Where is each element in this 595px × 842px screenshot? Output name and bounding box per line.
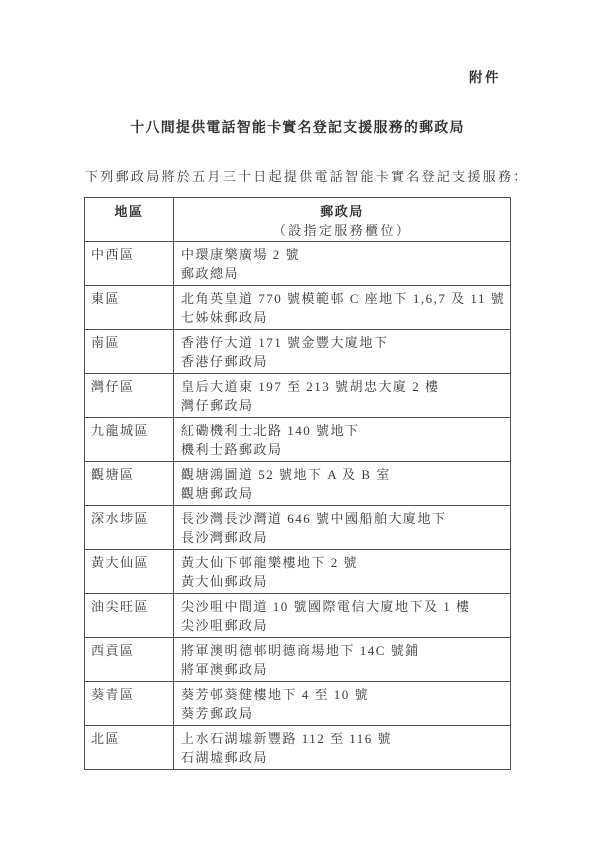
table-row: 東區 北角英皇道 770 號模範邨 C 座地下 1,6,7 及 11 號 七姊妹… [85, 286, 511, 330]
post-office-address: 中環康樂廣場 2 號 [181, 245, 506, 264]
post-office-address: 葵芳邨葵健樓地下 4 至 10 號 [181, 685, 506, 704]
post-office-header-title: 郵政局 [175, 202, 509, 221]
post-office-column-header: 郵政局 （設指定服務櫃位） [174, 198, 511, 242]
district-cell: 深水埗區 [85, 506, 174, 550]
post-office-table: 地區 郵政局 （設指定服務櫃位） 中西區 中環康樂廣場 2 號 郵政總局 東區 … [84, 197, 511, 770]
post-office-cell: 皇后大道東 197 至 213 號胡忠大廈 2 樓 灣仔郵政局 [174, 374, 511, 418]
post-office-address: 長沙灣長沙灣道 646 號中國船舶大廈地下 [181, 509, 506, 528]
district-cell: 觀塘區 [85, 462, 174, 506]
district-cell: 油尖旺區 [85, 594, 174, 638]
table-row: 北區 上水石湖墟新豐路 112 至 116 號 石湖墟郵政局 [85, 726, 511, 770]
table-header: 地區 郵政局 （設指定服務櫃位） [85, 198, 511, 242]
post-office-cell: 香港仔大道 171 號金豐大廈地下 香港仔郵政局 [174, 330, 511, 374]
table-row: 西貢區 將軍澳明德邨明德商場地下 14C 號鋪 將軍澳郵政局 [85, 638, 511, 682]
post-office-cell: 觀塘鴻圖道 52 號地下 A 及 B 室 觀塘郵政局 [174, 462, 511, 506]
post-office-address: 紅磡機利士北路 140 號地下 [181, 421, 506, 440]
post-office-address: 北角英皇道 770 號模範邨 C 座地下 1,6,7 及 11 號 [181, 289, 506, 308]
document-page: 附件 十八間提供電話智能卡實名登記支援服務的郵政局 下列郵政局將於五月三十日起提… [0, 0, 595, 842]
post-office-cell: 北角英皇道 770 號模範邨 C 座地下 1,6,7 及 11 號 七姊妹郵政局 [174, 286, 511, 330]
page-title: 十八間提供電話智能卡實名登記支援服務的郵政局 [0, 117, 595, 137]
table-header-row: 地區 郵政局 （設指定服務櫃位） [85, 198, 511, 242]
district-cell: 東區 [85, 286, 174, 330]
post-office-cell: 中環康樂廣場 2 號 郵政總局 [174, 242, 511, 286]
post-office-address: 觀塘鴻圖道 52 號地下 A 及 B 室 [181, 465, 506, 484]
post-office-address: 黃大仙下邨龍樂樓地下 2 號 [181, 553, 506, 572]
post-office-name: 郵政總局 [181, 264, 506, 283]
table-row: 葵青區 葵芳邨葵健樓地下 4 至 10 號 葵芳郵政局 [85, 682, 511, 726]
post-office-name: 香港仔郵政局 [181, 352, 506, 371]
post-office-address: 上水石湖墟新豐路 112 至 116 號 [181, 729, 506, 748]
district-cell: 北區 [85, 726, 174, 770]
table-row: 觀塘區 觀塘鴻圖道 52 號地下 A 及 B 室 觀塘郵政局 [85, 462, 511, 506]
post-office-name: 石湖墟郵政局 [181, 748, 506, 767]
table-row: 中西區 中環康樂廣場 2 號 郵政總局 [85, 242, 511, 286]
district-cell: 灣仔區 [85, 374, 174, 418]
post-office-name: 將軍澳郵政局 [181, 660, 506, 679]
post-office-cell: 黃大仙下邨龍樂樓地下 2 號 黃大仙郵政局 [174, 550, 511, 594]
district-cell: 中西區 [85, 242, 174, 286]
table-row: 黃大仙區 黃大仙下邨龍樂樓地下 2 號 黃大仙郵政局 [85, 550, 511, 594]
district-cell: 黃大仙區 [85, 550, 174, 594]
post-office-name: 機利士路郵政局 [181, 440, 506, 459]
table-row: 深水埗區 長沙灣長沙灣道 646 號中國船舶大廈地下 長沙灣郵政局 [85, 506, 511, 550]
table-body: 中西區 中環康樂廣場 2 號 郵政總局 東區 北角英皇道 770 號模範邨 C … [85, 242, 511, 770]
district-column-header: 地區 [85, 198, 174, 242]
district-cell: 西貢區 [85, 638, 174, 682]
post-office-cell: 上水石湖墟新豐路 112 至 116 號 石湖墟郵政局 [174, 726, 511, 770]
intro-text: 下列郵政局將於五月三十日起提供電話智能卡實名登記支援服務： [85, 166, 529, 185]
table-row: 九龍城區 紅磡機利士北路 140 號地下 機利士路郵政局 [85, 418, 511, 462]
post-office-header-note: （設指定服務櫃位） [175, 221, 509, 240]
post-office-cell: 葵芳邨葵健樓地下 4 至 10 號 葵芳郵政局 [174, 682, 511, 726]
post-office-address: 將軍澳明德邨明德商場地下 14C 號鋪 [181, 641, 506, 660]
district-cell: 南區 [85, 330, 174, 374]
post-office-cell: 尖沙咀中間道 10 號國際電信大廈地下及 1 樓 尖沙咀郵政局 [174, 594, 511, 638]
post-office-name: 七姊妹郵政局 [181, 308, 506, 327]
table-row: 南區 香港仔大道 171 號金豐大廈地下 香港仔郵政局 [85, 330, 511, 374]
attachment-label: 附件 [469, 66, 501, 86]
post-office-cell: 紅磡機利士北路 140 號地下 機利士路郵政局 [174, 418, 511, 462]
post-office-address: 香港仔大道 171 號金豐大廈地下 [181, 333, 506, 352]
table-row: 油尖旺區 尖沙咀中間道 10 號國際電信大廈地下及 1 樓 尖沙咀郵政局 [85, 594, 511, 638]
district-cell: 九龍城區 [85, 418, 174, 462]
table-row: 灣仔區 皇后大道東 197 至 213 號胡忠大廈 2 樓 灣仔郵政局 [85, 374, 511, 418]
post-office-name: 葵芳郵政局 [181, 704, 506, 723]
post-office-name: 灣仔郵政局 [181, 396, 506, 415]
post-office-name: 觀塘郵政局 [181, 484, 506, 503]
post-office-address: 尖沙咀中間道 10 號國際電信大廈地下及 1 樓 [181, 597, 506, 616]
district-cell: 葵青區 [85, 682, 174, 726]
post-office-name: 黃大仙郵政局 [181, 572, 506, 591]
post-office-name: 尖沙咀郵政局 [181, 616, 506, 635]
post-office-address: 皇后大道東 197 至 213 號胡忠大廈 2 樓 [181, 377, 506, 396]
post-office-name: 長沙灣郵政局 [181, 528, 506, 547]
post-office-cell: 長沙灣長沙灣道 646 號中國船舶大廈地下 長沙灣郵政局 [174, 506, 511, 550]
post-office-cell: 將軍澳明德邨明德商場地下 14C 號鋪 將軍澳郵政局 [174, 638, 511, 682]
